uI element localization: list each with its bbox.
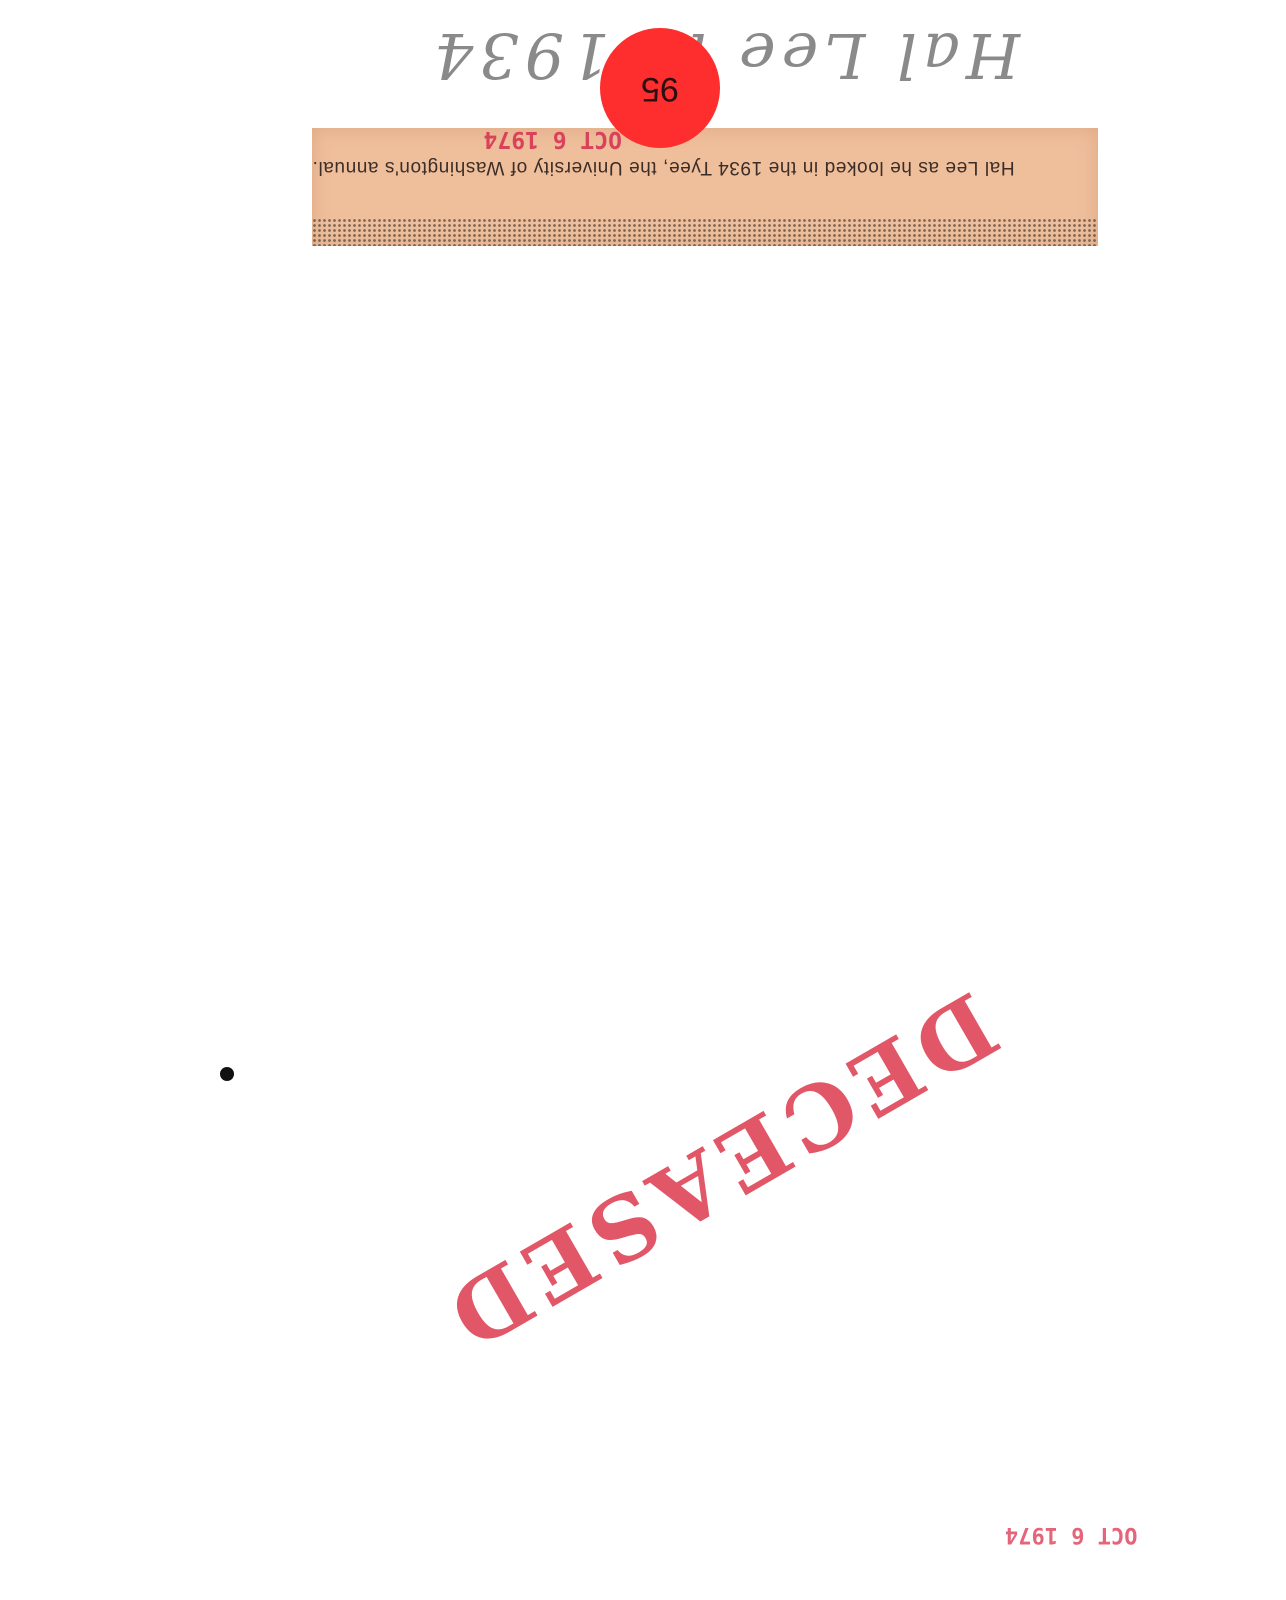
deceased-stamp-area: DECEASED xyxy=(410,1120,860,1200)
newspaper-clipping: Hal Lee as he looked in the 1934 Tyee, t… xyxy=(312,128,1098,246)
number-sticker: 95 xyxy=(600,28,720,148)
ink-dot xyxy=(220,1067,234,1081)
deceased-stamp: DECEASED xyxy=(426,972,1015,1372)
handwritten-note: Hal Lee in 1934 xyxy=(460,0,1020,110)
clipping-date-stamp: OCT 6 1974 xyxy=(422,126,622,152)
clipping-caption: Hal Lee as he looked in the 1934 Tyee, t… xyxy=(312,156,1070,178)
sticker-label: 95 xyxy=(641,69,679,108)
bottom-date-stamp: OCT 6 1974 xyxy=(1005,1522,1137,1547)
photo-back: Hal Lee in 1934 Hal Lee as he looked in … xyxy=(0,0,1286,1600)
halftone-edge xyxy=(312,218,1098,246)
